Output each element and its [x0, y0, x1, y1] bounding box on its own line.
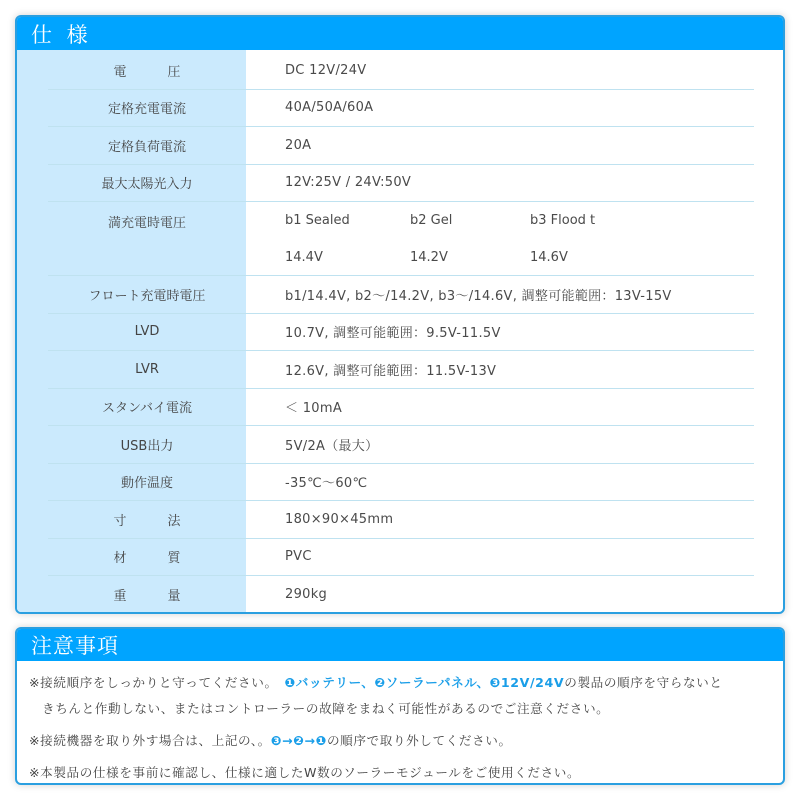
spec-label: スタンバイ電流	[48, 397, 246, 416]
spec-value: 40A/50A/60A	[246, 100, 373, 115]
spec-label: フロート充電時電圧	[48, 285, 246, 304]
spec-row-dimensions: 寸 法 180×90×45mm	[48, 501, 754, 539]
note-text: の製品の順序を守らないと	[564, 675, 722, 690]
spec-value: 20A	[246, 138, 311, 153]
spec-label: 最大太陽光入力	[48, 173, 246, 192]
spec-row-voltage: 電 圧 DC 12V/24V	[48, 52, 754, 90]
spec-row-float-charge-voltage: フロート充電時電圧 b1/14.4V, b2～/14.2V, b3～/14.6V…	[48, 276, 754, 314]
notes-panel: 注意事項 ※接続順序をしっかりと守ってください。 ❶バッテリー、❷ソーラーパネル…	[15, 627, 785, 785]
spec-title: 仕 様	[17, 17, 783, 50]
spec-table: 電 圧 DC 12V/24V 定格充電電流 40A/50A/60A 定格負荷電流…	[48, 52, 754, 614]
voltage-b3: 14.6V	[530, 250, 650, 265]
spec-row-usb-output: USB出力 5V/2A（最大）	[48, 426, 754, 464]
spec-value: 12V:25V / 24V:50V	[246, 175, 411, 190]
spec-row-operating-temp: 動作温度 -35℃～60℃	[48, 464, 754, 502]
spec-value: 5V/2A（最大）	[246, 435, 378, 454]
spec-row-max-solar-input: 最大太陽光入力 12V:25V / 24V:50V	[48, 165, 754, 203]
battery-type-b3: b3 Flood t	[530, 213, 650, 228]
spec-value: DC 12V/24V	[246, 63, 366, 78]
spec-label: USB出力	[48, 435, 246, 454]
voltage-b2: 14.2V	[410, 250, 530, 265]
spec-label: LVR	[48, 362, 246, 377]
spec-label: 満充電時電圧	[48, 202, 246, 275]
spec-label: 材 質	[48, 547, 246, 566]
spec-row-full-charge-voltage: 満充電時電圧 b1 Sealed b2 Gel b3 Flood t 14.4V…	[48, 202, 754, 276]
spec-value: -35℃～60℃	[246, 472, 367, 491]
notes-title: 注意事項	[17, 629, 783, 661]
spec-value: ＜ 10mA	[246, 397, 342, 416]
spec-table-body: 電 圧 DC 12V/24V 定格充電電流 40A/50A/60A 定格負荷電流…	[17, 50, 783, 612]
spec-label: 定格充電電流	[48, 98, 246, 117]
spec-row-weight: 重 量 290kg	[48, 576, 754, 614]
spec-row-rated-load-current: 定格負荷電流 20A	[48, 127, 754, 165]
spec-label: 重 量	[48, 585, 246, 604]
note-removal-order: ※接続機器を取り外す場合は、上記の、。❸→❷→❶の順序で取り外してください。	[29, 728, 783, 754]
spec-value: 10.7V, 調整可能範囲：9.5V-11.5V	[246, 322, 501, 341]
spec-label: 動作温度	[48, 472, 246, 491]
spec-value: 12.6V, 調整可能範囲：11.5V-13V	[246, 360, 496, 379]
spec-row-lvr: LVR 12.6V, 調整可能範囲：11.5V-13V	[48, 351, 754, 389]
note-continuation: きちんと作動しない、またはコントローラーの故障をまねく可能性があるのでご注意くだ…	[29, 701, 609, 716]
note-text: ※接続順序をしっかりと守ってください。	[29, 675, 285, 690]
notes-body: ※接続順序をしっかりと守ってください。 ❶バッテリー、❷ソーラーパネル、❸12V…	[17, 661, 783, 785]
spec-value: 290kg	[246, 587, 327, 602]
voltage-b1: 14.4V	[285, 250, 410, 265]
spec-row-material: 材 質 PVC	[48, 539, 754, 577]
spec-value: b1/14.4V, b2～/14.2V, b3～/14.6V, 調整可能範囲：1…	[246, 285, 672, 304]
spec-label: 定格負荷電流	[48, 136, 246, 155]
spec-row-rated-charge-current: 定格充電電流 40A/50A/60A	[48, 90, 754, 128]
spec-panel: 仕 様 電 圧 DC 12V/24V 定格充電電流 40A/50A/60A 定格…	[15, 15, 785, 614]
note-text: ※本製品の仕様を事前に確認し、仕様に適したW数のソーラーモジュールをご使用くださ…	[29, 765, 580, 780]
spec-value: PVC	[246, 549, 312, 564]
note-text: ※接続機器を取り外す場合は、上記の、。	[29, 733, 271, 748]
battery-type-grid: b1 Sealed b2 Gel b3 Flood t 14.4V 14.2V …	[246, 202, 650, 275]
note-check-spec: ※本製品の仕様を事前に確認し、仕様に適したW数のソーラーモジュールをご使用くださ…	[29, 760, 783, 785]
battery-type-b1: b1 Sealed	[285, 213, 410, 228]
spec-row-standby-current: スタンバイ電流 ＜ 10mA	[48, 389, 754, 427]
note-highlight: ❸→❷→❶	[271, 733, 327, 748]
note-text: の順序で取り外してください。	[327, 733, 512, 748]
note-connection-order: ※接続順序をしっかりと守ってください。 ❶バッテリー、❷ソーラーパネル、❸12V…	[29, 670, 783, 722]
spec-label: 寸 法	[48, 510, 246, 529]
spec-value: 180×90×45mm	[246, 512, 393, 527]
spec-label: LVD	[48, 324, 246, 339]
note-highlight: ❶バッテリー、❷ソーラーパネル、❸12V/24V	[285, 675, 565, 690]
battery-type-b2: b2 Gel	[410, 213, 530, 228]
spec-row-lvd: LVD 10.7V, 調整可能範囲：9.5V-11.5V	[48, 314, 754, 352]
spec-label: 電 圧	[48, 61, 246, 80]
